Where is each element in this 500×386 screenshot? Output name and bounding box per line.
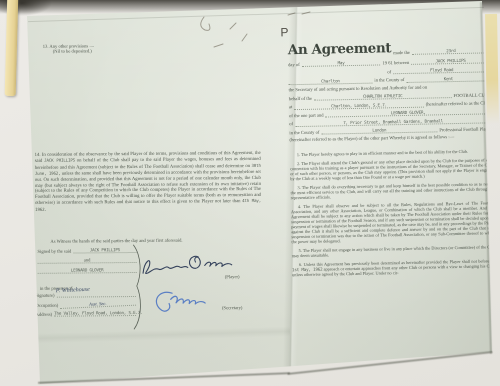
clause-3: 3. The Player shall do everything necess… (290, 181, 494, 200)
clauses-block: 1. The Player hereby agrees to play in a… (290, 148, 496, 280)
clause-6: 6. Unless this Agreement has previously … (292, 258, 496, 277)
one-part-label: of the one part and (289, 112, 324, 118)
typed-county: Kent (406, 75, 490, 83)
football-club-label: FOOTBALL CLUB (453, 92, 490, 98)
spacer (288, 74, 385, 76)
made-the-label: made the (393, 49, 410, 55)
clause-2: 2. The Player shall attend the Club's gr… (290, 157, 494, 181)
typed-month: May (302, 59, 381, 67)
at-label: at (289, 104, 292, 109)
date-row: day of May 19 61 between JACK PHILLIPS (288, 57, 490, 67)
cream-page-sliver (485, 14, 499, 124)
pencil-ticks (214, 23, 247, 47)
clause-5: 5. The Player shall not engage in any bu… (292, 244, 496, 258)
typed-player-name: LEONARD GLOVER, (325, 108, 491, 117)
clause-1: 1. The Player hereby agrees to play in a… (290, 148, 494, 157)
typed-secretary-address: Floyd Road (393, 66, 490, 74)
day-of-label: day of (288, 62, 300, 68)
in-county-label: in the County of (289, 129, 319, 135)
agreement-sheet: 13. Any other provisions — (Nil to be de… (0, 0, 500, 386)
typed-player-county: London (321, 126, 437, 134)
year-between-label: 19 61 between (382, 59, 409, 65)
hereinafter-club-label: (hereinafter referred to as the Club) (426, 100, 491, 107)
behalf-label: behalf of the (289, 95, 312, 101)
typed-secretary-name: JACK PHILLIPS (411, 57, 490, 65)
typed-club-name: CHARLTON ATHLETIC (314, 92, 452, 101)
of-label: of (289, 121, 293, 126)
pencil-loop (201, 17, 210, 30)
typed-date-day: 23rd (412, 47, 490, 54)
clause-4: 4. The Player shall observe and be subje… (291, 200, 496, 245)
typed-club-address: Charlton, London, S.E.7. (294, 101, 424, 109)
right-page: P An Agreement made the 23rd day of May … (0, 0, 500, 386)
secretary-line-text: the Secretary of and acting pursuant to … (289, 85, 428, 93)
document-photo: 13. Any other provisions — (Nil to be de… (0, 0, 500, 386)
typed-town: Charlton (288, 77, 372, 85)
in-county-label: in the County of (374, 77, 404, 83)
of-label: of (387, 69, 391, 74)
cream-card-edge (5, 0, 19, 96)
hereinafter-player-line: (hereinafter referred to as the Player) … (289, 133, 491, 142)
